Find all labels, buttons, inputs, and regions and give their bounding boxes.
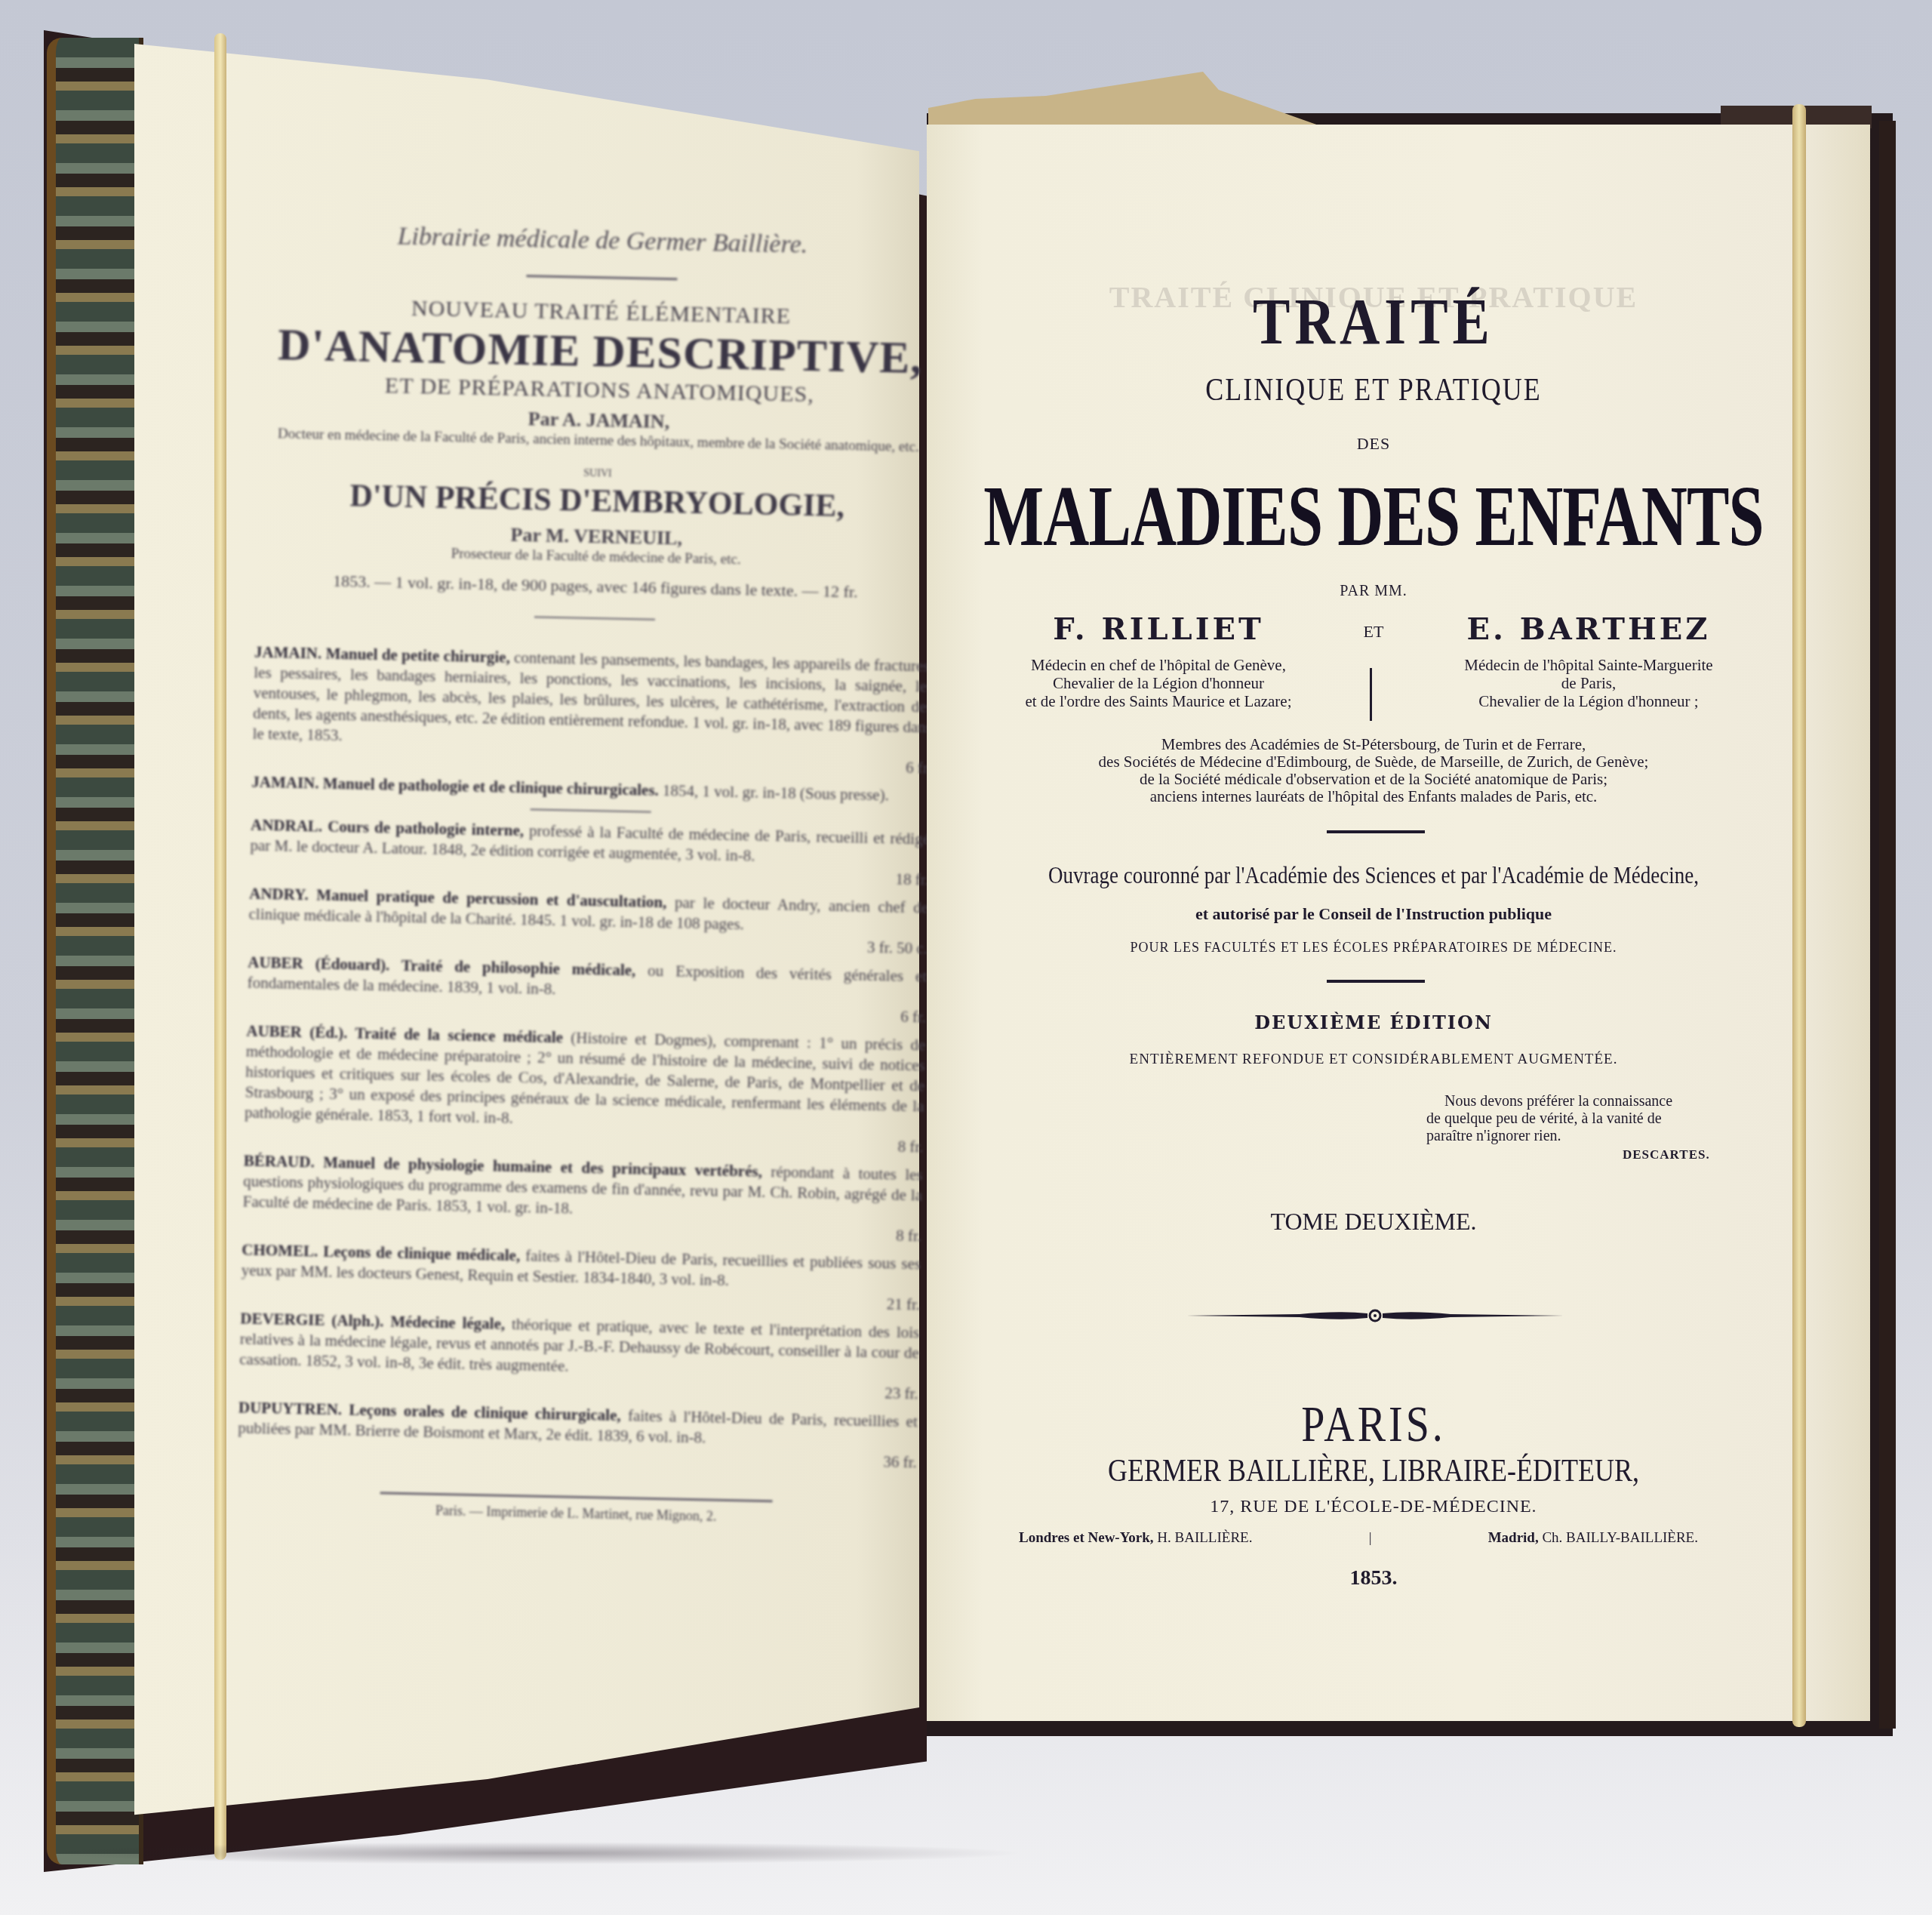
publisher: GERMER BAILLIÈRE, LIBRAIRE-ÉDITEUR, — [943, 1452, 1804, 1489]
footer-rule — [380, 1492, 773, 1502]
epigraph-line: de quelque peu de vérité, à la vanité de — [1426, 1110, 1743, 1128]
author-rilliet: F. RILLIET Médecin en chef de l'hôpital … — [981, 611, 1336, 710]
membership-line: anciens internes lauréats de l'hôpital d… — [1004, 788, 1743, 805]
authors-block: F. RILLIET Médecin en chef de l'hôpital … — [981, 611, 1766, 710]
epigraph: Nous devons préférer la connaissance de … — [1426, 1093, 1743, 1145]
elastic-band-left — [214, 33, 226, 1860]
ornament-rule-icon — [1186, 1307, 1564, 1324]
catalogue-entry: ANDRAL. Cours de pathologie interne, pro… — [250, 815, 930, 891]
author-desc-line: et de l'ordre des Saints Maurice et Laza… — [981, 692, 1336, 710]
divider — [526, 275, 677, 280]
catalogue-entry: AUBER (Éd.). Traité de la science médica… — [244, 1021, 925, 1158]
agent-london-newyork: Londres et New-York, H. BAILLIÈRE. — [1019, 1530, 1252, 1547]
publisher-address: 17, RUE DE L'ÉCOLE-DE-MÉDECINE. — [943, 1497, 1804, 1517]
torn-paper-scrap — [928, 72, 1321, 132]
title-traite: TRAITÉ — [943, 285, 1804, 360]
author-barthez: E. BARTHEZ Médecin de l'hôpital Sainte-M… — [1411, 611, 1766, 710]
author-desc-line: Chevalier de la Légion d'honneur — [981, 674, 1336, 692]
edition-label: DEUXIÈME ÉDITION — [943, 1011, 1804, 1033]
catalogue-list: JAMAIN. Manuel de petite chirurgie, cont… — [238, 642, 934, 1473]
binding-right-edge — [1879, 121, 1896, 1729]
agents-line: Londres et New-York, H. BAILLIÈRE. | Mad… — [1019, 1530, 1698, 1547]
divider — [531, 808, 651, 812]
city: PARIS. — [943, 1396, 1804, 1454]
membership-line: Membres des Académies de St-Pétersbourg,… — [1004, 736, 1743, 753]
main-title: MALADIES DES ENFANTS — [978, 466, 1770, 566]
award-line: Ouvrage couronné par l'Académie des Scie… — [943, 863, 1804, 890]
edition-note: ENTIÈREMENT REFONDUE ET CONSIDÉRABLEMENT… — [943, 1051, 1804, 1068]
author-name: E. BARTHEZ — [1411, 611, 1766, 647]
title-des: DES — [943, 434, 1804, 454]
author-desc-line: Chevalier de la Légion d'honneur ; — [1411, 692, 1766, 710]
divider — [1327, 980, 1425, 983]
intended-for-line: POUR LES FACULTÉS ET LES ÉCOLES PRÉPARAT… — [943, 940, 1804, 956]
membership-line: de la Société médicale d'observation et … — [1004, 771, 1743, 788]
author-desc-line: Médecin en chef de l'hôpital de Genève, — [981, 656, 1336, 674]
catalogue-entry: DEVERGIE (Alph.). Médecine légale, théor… — [238, 1308, 919, 1404]
feature-info: 1853. — 1 vol. gr. in-18, de 900 pages, … — [256, 570, 935, 604]
catalogue-entry: CHOMEL. Leçons de clinique médicale, fai… — [241, 1239, 921, 1315]
printer-footer: Paris. — Imprimerie de L. Martinet, rue … — [236, 1498, 915, 1529]
author-name: F. RILLIET — [981, 611, 1336, 647]
agents-separator: | — [1369, 1530, 1372, 1547]
divider — [1327, 830, 1425, 833]
authors-divider — [1370, 668, 1372, 721]
catalogue-entry: JAMAIN. Manuel de petite chirurgie, cont… — [252, 642, 934, 779]
memberships: Membres des Académies de St-Pétersbourg,… — [1004, 736, 1743, 805]
divider — [534, 616, 655, 620]
marbled-spine — [47, 38, 143, 1864]
epigraph-line: paraître n'ignorer rien. — [1426, 1128, 1743, 1145]
membership-line: des Sociétés de Médecine d'Edimbourg, de… — [1004, 753, 1743, 771]
author-desc-line: de Paris, — [1411, 674, 1766, 692]
volume-label: TOME DEUXIÈME. — [943, 1208, 1804, 1236]
floor-shadow — [45, 1842, 1026, 1864]
catalogue-entry: DUPUYTREN. Leçons orales de clinique chi… — [238, 1397, 918, 1473]
author-et: ET — [1336, 611, 1411, 642]
elastic-band-right — [1792, 104, 1806, 1727]
catalogue-entry: ANDRY. Manuel pratique de percussion et … — [248, 884, 928, 959]
epigraph-line: Nous devons préférer la connaissance — [1426, 1093, 1743, 1110]
agent-madrid: Madrid, Ch. BAILLY-BAILLIÈRE. — [1488, 1530, 1698, 1547]
author-desc-line: Médecin de l'hôpital Sainte-Marguerite — [1411, 656, 1766, 674]
publication-year: 1853. — [943, 1566, 1804, 1590]
catalogue-entry: JAMAIN. Manuel de pathologie et de clini… — [251, 772, 931, 807]
epigraph-author: DESCARTES. — [1623, 1147, 1710, 1162]
catalogue-entry: BÉRAUD. Manuel de physiologie humaine et… — [242, 1151, 923, 1247]
catalogue-entry: AUBER (Édouard). Traité de philosophie m… — [247, 953, 927, 1028]
authorization-line: et autorisé par le Conseil de l'Instruct… — [943, 904, 1804, 924]
title-subtitle: CLINIQUE ET PRATIQUE — [943, 371, 1804, 408]
left-page-text: Librairie médicale de Germer Baillière. … — [235, 220, 942, 1592]
par-mm: PAR MM. — [943, 583, 1804, 600]
